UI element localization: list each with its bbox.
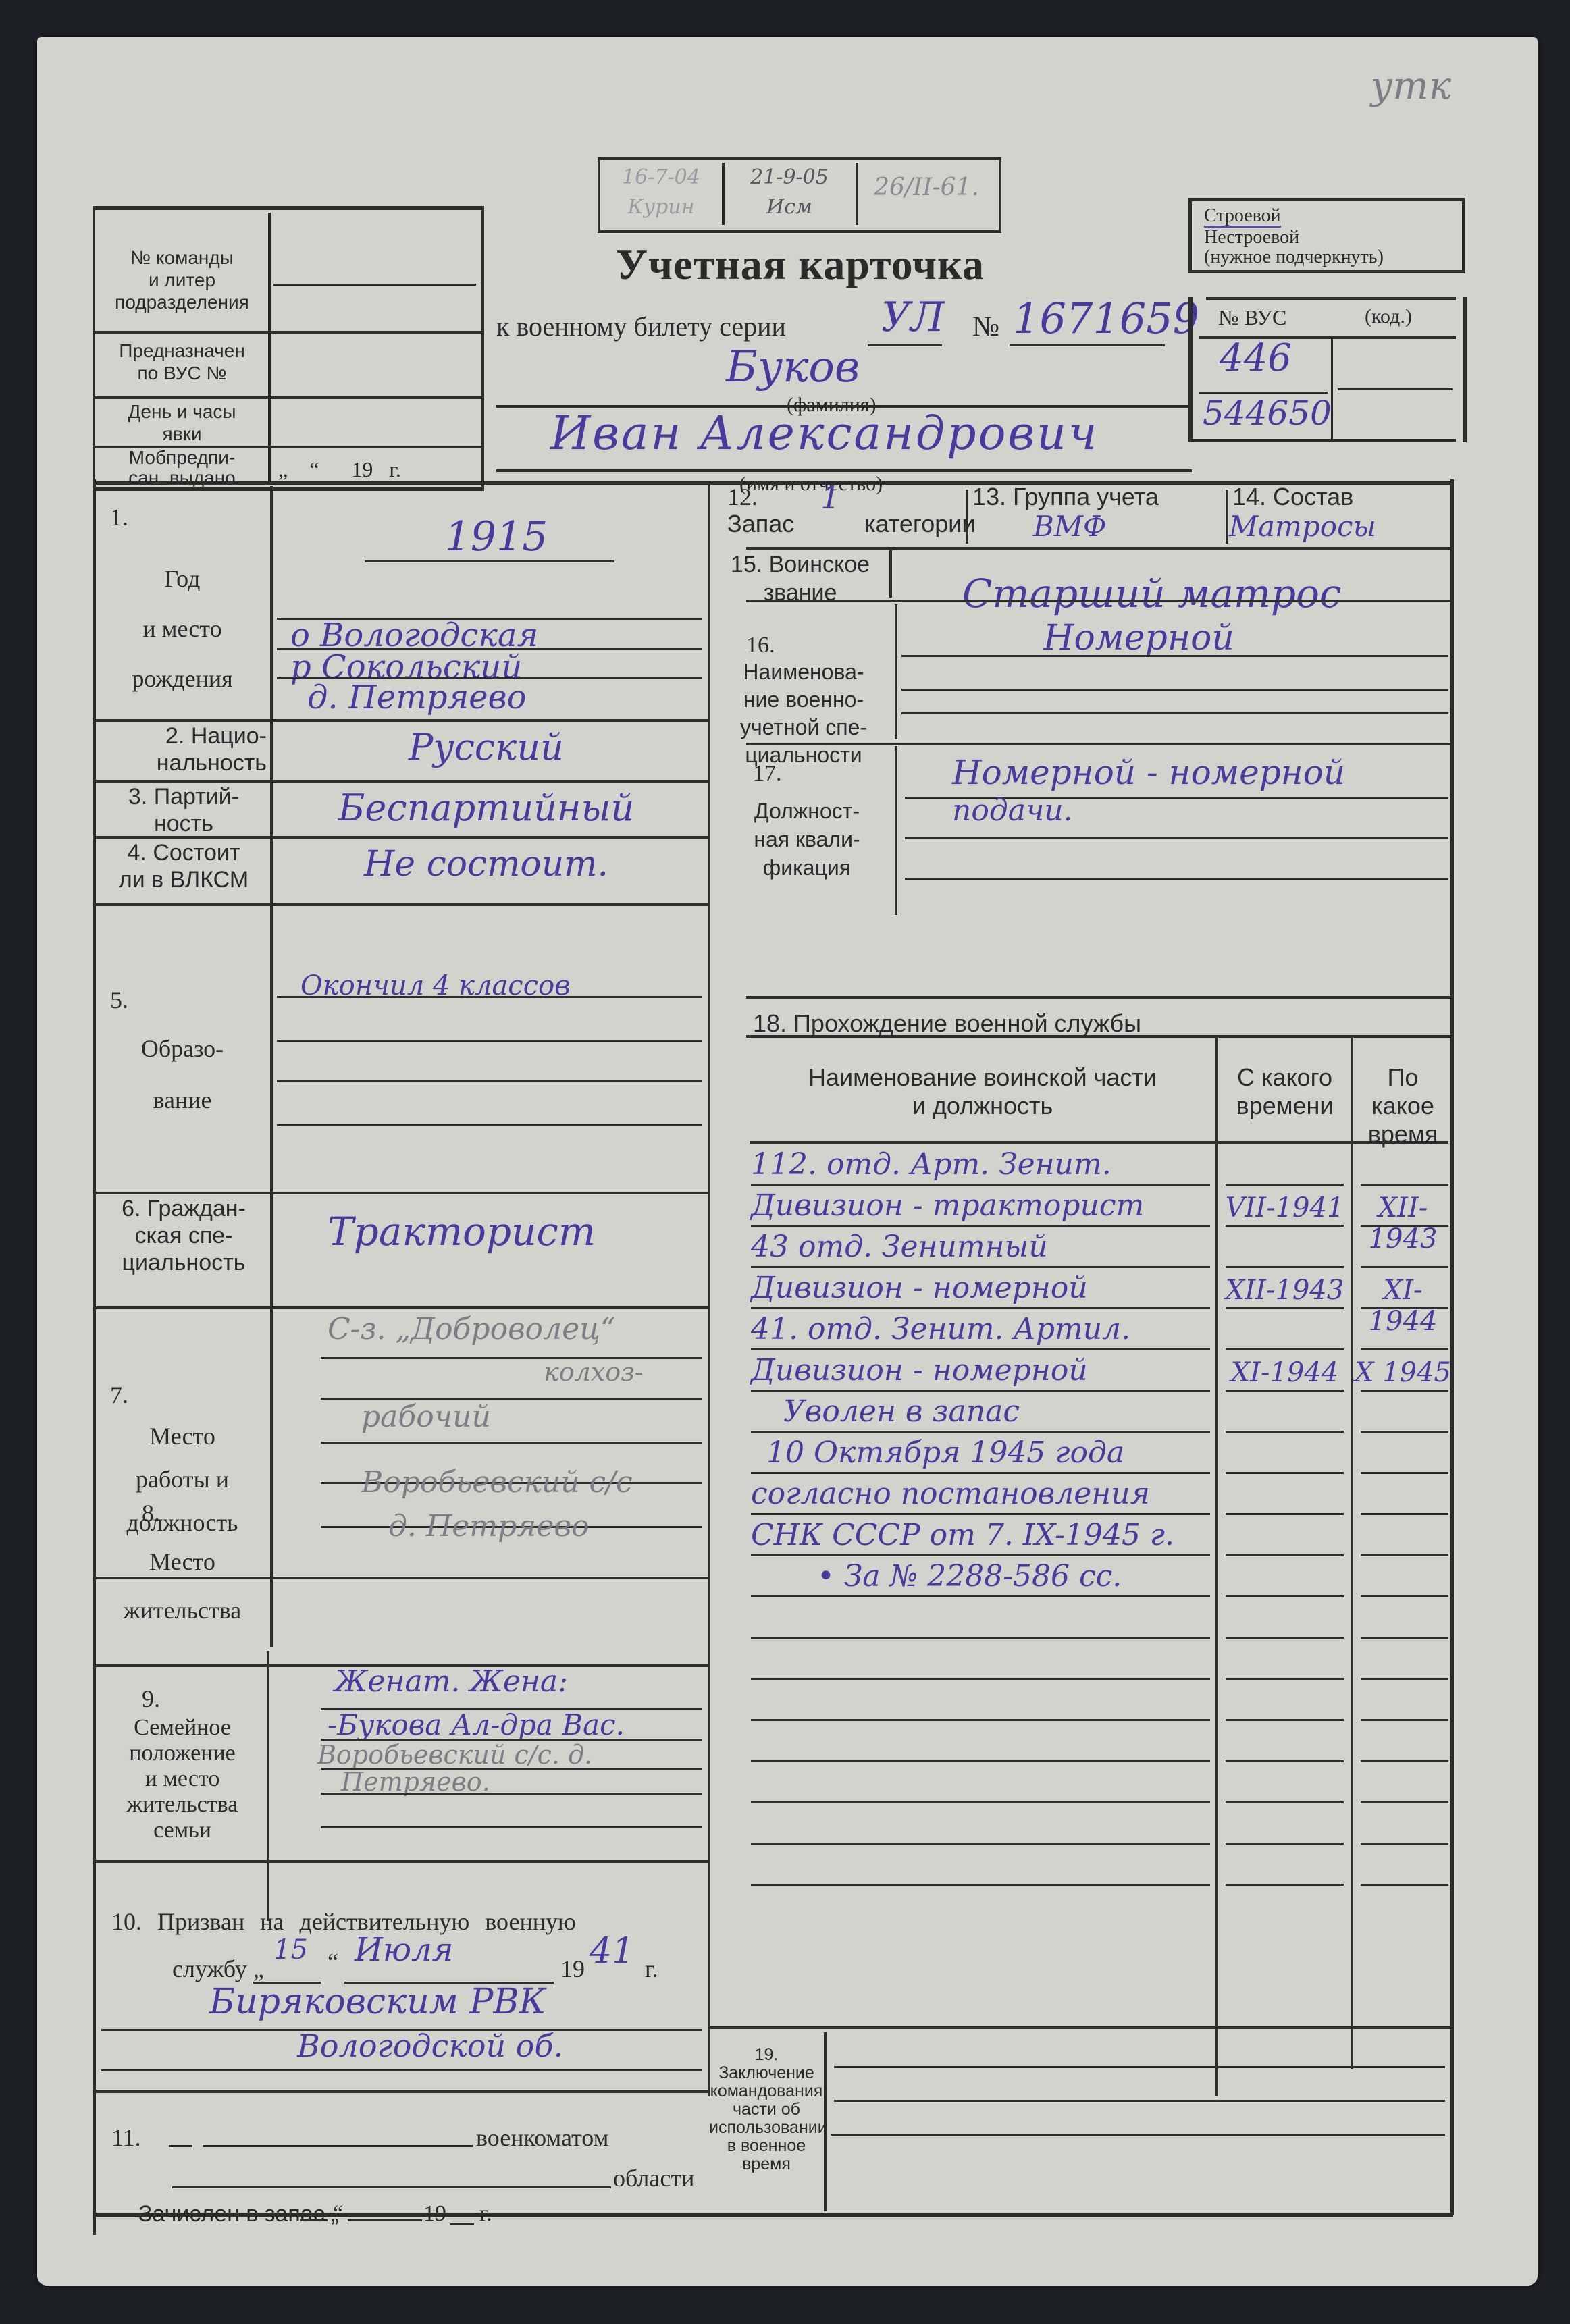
vus-code-number: 544650 [1203,394,1332,433]
from-cell: XI-1944 [1219,1357,1351,1388]
f19-label: 19. Заключение командования части об исп… [709,2046,824,2173]
number-sign: № [972,311,999,343]
ticket-series: УЛ [881,294,944,341]
stamp-sig-1: Курин [604,192,718,222]
registration-card: утк 16-7-04 Курин 21-9-05 Исм 26/II-61. … [37,37,1538,2286]
table-row: 41. отд. Зенит. Артил. [750,1309,1452,1350]
stamp-date-2: 21-9-05 [725,163,854,192]
komsomol-membership: Не состоит. [273,844,699,884]
qualification-line-2: подачи. [952,793,1073,828]
civil-specialty: Тракторист [328,1209,596,1255]
stamp-cell-2: 21-9-05 Исм [725,163,854,222]
party-membership: Беспартийный [273,787,699,829]
stamp-sig-2: Исм [725,192,854,222]
main-frame-left [93,479,96,2235]
left-header-table: № команды и литер подразделения Предназн… [93,206,484,490]
table-row [750,1803,1452,1845]
unit-cell: 43 отд. Зенитный [751,1230,1048,1264]
f15-label: 15. Воинское звание [712,550,888,607]
f13-label: 13. Группа учета [972,483,1159,511]
draft-year-prefix: 19 [560,1955,585,1983]
family-line-1: Женат. Жена: [334,1664,568,1699]
table-row: 112. отд. Арт. Зенит. [750,1144,1452,1186]
f5-number: 5. [110,986,128,1014]
unit-cell: 41. отд. Зенит. Артил. [751,1312,1130,1346]
draft-office-line-2: Вологодской об. [297,2028,563,2064]
oblast-label: области [613,2164,694,2192]
f1-label: Год и место рождения [98,554,267,704]
birth-year: 1915 [355,513,638,560]
draft-office-line-1: Биряковским РВК [209,1982,546,2022]
f12-label-right: категории [864,510,975,538]
mob-order-date: „ “ 19 г. [278,457,481,482]
stamp-date-3: 26/II-61. [859,171,994,205]
table-row [750,1680,1452,1721]
vus-number: 446 [1220,336,1292,380]
f1-number: 1. [110,503,128,531]
vus-box: № ВУС (код.) 446 544650 [1188,297,1467,442]
table-row [750,1721,1452,1762]
unit-cell: согласно постановления [751,1477,1150,1511]
f17-label: Должност- ная квали- фикация [719,797,895,882]
f18-col-unit: Наименование воинской части и должность [750,1063,1215,1120]
table-row: • За № 2288-586 сс. [750,1556,1452,1597]
service-type-box: Строевой Нестроевой (нужное подчеркнуть) [1188,198,1465,273]
draft-month: Июля [355,1931,453,1969]
f9-label: Семейное положение и место жительства се… [98,1715,267,1843]
unit-cell: СНК СССР от 7. IX-1945 г. [751,1518,1174,1552]
residence-line-2: д. Петряево [388,1509,589,1543]
stamp-box: 16-7-04 Курин 21-9-05 Исм 26/II-61. [598,157,1001,233]
f8-number: 8. [142,1499,160,1527]
f4-label: 4. Состоит ли в ВЛКСМ [97,839,271,893]
vus-header-label: № ВУС [1218,305,1286,330]
table-row: Дивизион - номерной XII-1943 XI-1944 [750,1268,1452,1309]
f16-number: 16. [746,631,775,660]
composition: Матросы [1229,510,1376,543]
f14-label: 14. Состав [1232,483,1353,511]
f11-number: 11. [111,2123,141,2152]
unit-cell: Уволен в запас [783,1394,1020,1429]
unit-cell: Дивизион - номерной [751,1353,1088,1388]
f9-number: 9. [142,1685,160,1713]
f10-label: 10. Призван на действительную военную [111,1907,576,1936]
table-row: СНК СССР от 7. IX-1945 г. [750,1515,1452,1556]
birth-place-line-3: д. Петряево [307,679,526,716]
center-divider [708,483,710,2096]
f5-label: Образо- вание [98,1023,267,1126]
vus-code-label: (код.) [1365,305,1412,328]
workplace-line-3: рабочий [361,1400,491,1434]
to-cell: X 1945 [1354,1357,1452,1388]
stamp-cell-3: 26/II-61. [859,171,994,205]
qualification-line-1: Номерной - номерной [952,753,1345,792]
f3-label: 3. Партий- ность [99,783,268,837]
reserve-quote: “ [333,2201,343,2227]
service-type-options: Строевой Нестроевой (нужное подчеркнуть) [1204,206,1384,267]
f8-label: Место жительства [98,1537,267,1635]
registration-group: ВМФ [1033,510,1107,543]
voenkomat-label: военкоматом [476,2123,608,2152]
label-command-number: № команды и литер подразделения [99,246,265,313]
reserve-label: Зачислен в запас „ [138,2201,338,2227]
f17-number: 17. [753,760,782,788]
left-label-divider [270,486,273,1647]
unit-cell: • За № 2288-586 сс. [817,1559,1122,1593]
table-row: Уволен в запас [750,1392,1452,1433]
f16-label: Наименова- ние военно- учетной спе- циал… [712,658,895,769]
first-name-patronymic: Иван Александрович [550,407,1099,460]
f18-col-from: С какого времени [1219,1063,1351,1120]
f18-col-to: По какое время [1354,1063,1452,1148]
military-rank: Старший матрос [962,571,1341,616]
reserve-category: 1 [820,479,840,516]
label-day-hours: День и часы явки [99,400,265,445]
unit-cell: 10 Октября 1945 года [766,1435,1124,1470]
nationality: Русский [273,726,699,768]
f6-label: 6. Граждан- ская спе- циальность [99,1195,268,1276]
corner-note: утк [1371,64,1451,108]
label-assigned-vus: Предназначен по ВУС № [99,340,265,384]
workplace-line-2: колхоз- [544,1357,644,1387]
residence-line-1: Воробьевский с/с [361,1465,633,1500]
f2-label: 2. Нацио- нальность [105,722,267,776]
left-label-divider-2 [267,1651,269,1921]
option-noncombat[interactable]: Нестроевой [1204,228,1384,247]
f18-title: 18. Прохождение военной службы [753,1009,1141,1038]
table-row: 10 Октября 1945 года [750,1433,1452,1474]
table-row: Дивизион - номерной XI-1944 X 1945 [750,1350,1452,1392]
draft-year: 41 [590,1931,634,1972]
family-line-3: Воробьевский с/с. д. [317,1740,592,1770]
unit-cell: Дивизион - тракторист [751,1188,1144,1223]
military-specialty: Номерной [1043,618,1234,658]
f7-number: 7. [110,1381,128,1409]
unit-cell: Дивизион - номерной [751,1271,1088,1305]
from-cell: VII-1941 [1219,1192,1351,1223]
reserve-g: г. [479,2201,492,2227]
table-row: согласно постановления [750,1474,1452,1515]
draft-year-suffix: г. [645,1955,658,1983]
service-type-hint: (нужное подчеркнуть) [1204,247,1384,267]
draft-day: 15 [273,1934,308,1965]
ticket-series-label: к военному билету серии [496,311,786,342]
table-row [750,1639,1452,1680]
ticket-number: 1671659 [1013,294,1199,343]
f19-value [834,2036,1442,2204]
table-row [750,1597,1452,1639]
workplace-line-1: С-з. „Доброволец“ [328,1312,615,1346]
stamp-cell-1: 16-7-04 Курин [604,163,718,222]
f10-service-word: службу „ [172,1955,264,1983]
f12-label-left: Запас [727,510,794,538]
table-row [750,1762,1452,1803]
card-title: Учетная карточка [564,240,1037,290]
f7-label: Место работы и должность [98,1415,267,1544]
from-cell: XII-1943 [1219,1275,1351,1306]
unit-cell: 112. отд. Арт. Зенит. [751,1147,1111,1182]
stamp-date-1: 16-7-04 [604,163,718,192]
surname: Буков [726,342,860,392]
service-history-table: 112. отд. Арт. Зенит. Дивизион - трактор… [750,1144,1452,1887]
table-row [750,1845,1452,1886]
family-line-2: -Букова Ал-дра Вас. [328,1708,625,1741]
table-row: 43 отд. Зенитный [750,1227,1452,1268]
option-combat[interactable]: Строевой [1204,206,1281,228]
f12-number: 12. [727,483,758,511]
table-row: Дивизион - тракторист VII-1941 XII-1943 [750,1186,1452,1227]
reserve-year-prefix: 19 [423,2201,446,2227]
